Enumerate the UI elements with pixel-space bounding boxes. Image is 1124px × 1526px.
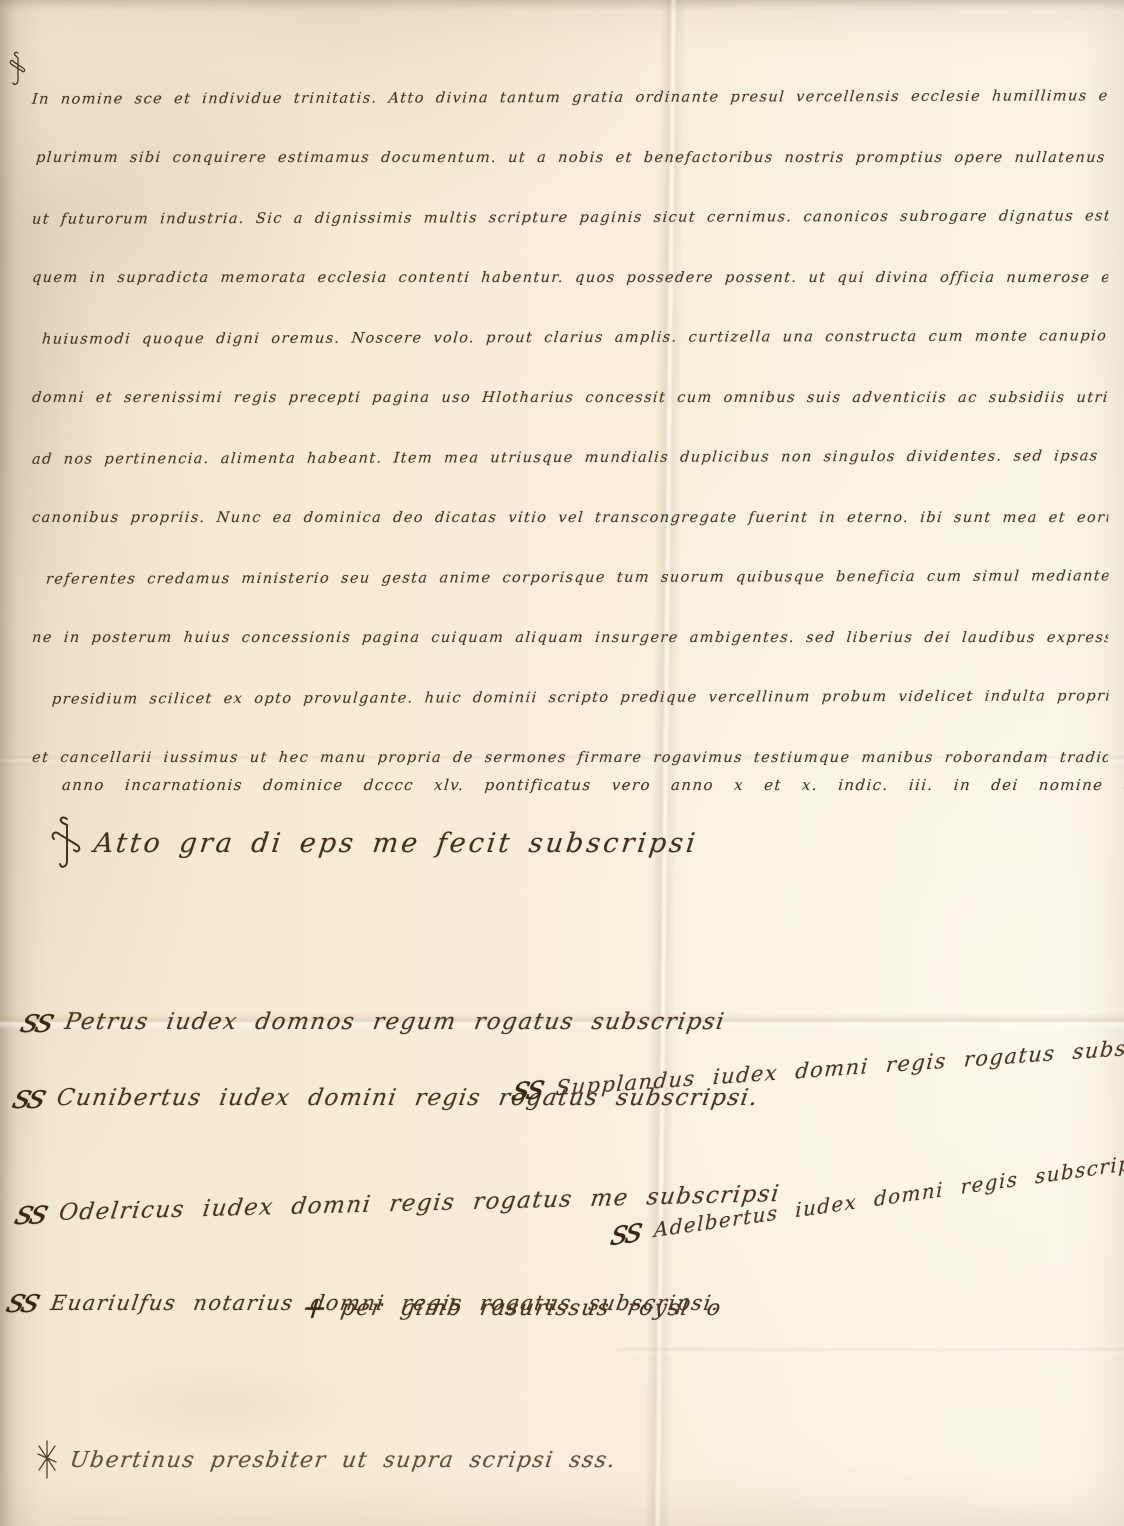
- signum-mark: ss: [609, 1217, 642, 1249]
- cross-mark: +: [299, 1297, 331, 1321]
- witness-text: per gimb rasurissus roysl o: [339, 1296, 724, 1321]
- signum-mark: ss: [18, 1008, 55, 1035]
- charter-line: ne in posterum huius concessionis pagina…: [31, 586, 1112, 646]
- witness-subscription: ss Supplandus iudex domni regis rogatus …: [512, 1028, 1124, 1103]
- charter-body: In nomine sce et individue trinitatis. A…: [34, 46, 1110, 766]
- witness-subscription: ss Petrus iudex domnos regum rogatus sub…: [22, 1008, 725, 1035]
- notary-subscription: Ubertinus presbiter ut supra scripsi sss…: [34, 1438, 616, 1482]
- charter-line: presidium scilicet ex opto provulgante. …: [31, 644, 1112, 707]
- charter-line: referentes credamus ministerio seu gesta…: [31, 524, 1112, 587]
- witness-cross-note: + per gimb rasurissus roysl o: [302, 1296, 722, 1321]
- parchment-stain: [90, 1360, 350, 1450]
- signum-mark: ss: [10, 1084, 47, 1111]
- charter-line: In nomine sce et individue trinitatis. A…: [31, 44, 1112, 107]
- manuscript-page: In nomine sce et individue trinitatis. A…: [0, 0, 1124, 1526]
- dating-clause: anno incarnationis dominice dcccc xlv. p…: [61, 776, 1124, 794]
- charter-line: plurimum sibi conquirere estimamus docum…: [31, 106, 1112, 166]
- signum-mark: ss: [13, 1199, 49, 1227]
- episcopal-cross-icon: [50, 815, 84, 871]
- faint-horizontal-crease-lower: [618, 1346, 1124, 1356]
- charter-line: ad nos pertinencia. alimenta habeant. It…: [31, 404, 1112, 467]
- witness-text: Petrus iudex domnos regum rogatus subscr…: [63, 1009, 727, 1035]
- notary-text: Ubertinus presbiter ut supra scripsi sss…: [68, 1448, 618, 1473]
- episcopal-subscription: Atto gra di eps me fecit subscripsi: [50, 815, 698, 871]
- charter-line: ut futurorum industria. Sic a dignissimi…: [31, 164, 1112, 227]
- top-scan-edge: [0, 0, 1124, 10]
- charter-line: huiusmodi quoque digni oremus. Noscere v…: [31, 284, 1112, 347]
- charter-line: quem in supradicta memorata ecclesia con…: [31, 226, 1112, 286]
- charter-line: canonibus propriis. Nunc ea dominica deo…: [31, 466, 1112, 526]
- charter-line: et cancellarii iussimus ut hec manu prop…: [31, 706, 1112, 766]
- signum-mark: ss: [510, 1074, 545, 1104]
- charter-line: domni et serenissimi regis precepti pagi…: [31, 346, 1112, 406]
- signum-mark: ss: [4, 1288, 41, 1315]
- chrismon-icon: [8, 50, 28, 88]
- episcopal-subscription-text: Atto gra di eps me fecit subscripsi: [92, 828, 700, 859]
- witness-text: Supplandus iudex domni regis rogatus sub…: [555, 1031, 1124, 1101]
- notary-cross-icon: [34, 1438, 60, 1482]
